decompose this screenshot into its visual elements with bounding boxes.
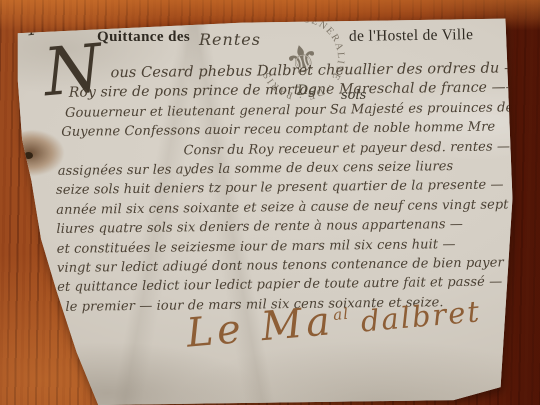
ink-speck [50, 322, 55, 326]
paper-sheet-wrapper: 4 Quittance des Rentes de l'Hostel de Vi… [0, 0, 540, 405]
signature-superscript: al [332, 305, 349, 324]
manuscript-body: ous Cesard phebus Dalbret cheuallier des… [54, 59, 538, 317]
ink-blot [24, 152, 33, 159]
printed-title-hostel-de-ville: de l'Hostel de Ville [349, 26, 473, 46]
printed-title-quittance: Quittance des [97, 29, 190, 46]
page-number-annotation: 4 [24, 19, 38, 40]
signature-name: dalbret [348, 294, 482, 339]
photo-of-document: 4 Quittance des Rentes de l'Hostel de Vi… [0, 0, 540, 405]
manuscript-paper: 4 Quittance des Rentes de l'Hostel de Vi… [0, 0, 540, 405]
